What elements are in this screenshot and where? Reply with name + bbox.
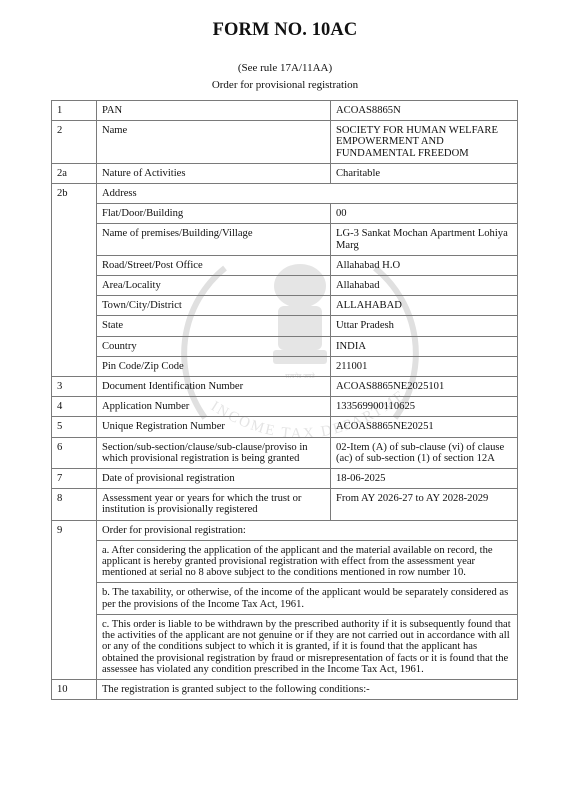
table-row: 2 Name SOCIETY FOR HUMAN WELFARE EMPOWER… <box>52 121 518 164</box>
field-value-name: SOCIETY FOR HUMAN WELFARE EMPOWERMENT AN… <box>330 121 517 164</box>
row-number: 9 <box>52 520 97 679</box>
table-row: Country INDIA <box>52 336 518 356</box>
field-label-date-of-registration: Date of provisional registration <box>96 469 330 489</box>
field-label-conditions: The registration is granted subject to t… <box>96 679 517 699</box>
row-number: 2a <box>52 163 97 183</box>
field-value-flat: 00 <box>330 204 517 224</box>
field-label-nature-of-activities: Nature of Activities <box>96 163 330 183</box>
table-row: 1 PAN ACOAS8865N <box>52 101 518 121</box>
row-number: 2 <box>52 121 97 164</box>
row-number: 3 <box>52 377 97 397</box>
table-row: c. This order is liable to be withdrawn … <box>52 614 518 679</box>
field-label-address: Address <box>96 184 517 204</box>
field-label-name: Name <box>96 121 330 164</box>
field-label-town: Town/City/District <box>96 296 330 316</box>
field-label-flat: Flat/Door/Building <box>96 204 330 224</box>
table-row: 2b Address <box>52 184 518 204</box>
form-rule-reference: (See rule 17A/11AA) <box>0 62 570 74</box>
field-label-pan: PAN <box>96 101 330 121</box>
row-number: 5 <box>52 417 97 437</box>
field-value-road: Allahabad H.O <box>330 255 517 275</box>
field-value-unique-registration-number: ACOAS8865NE20251 <box>330 417 517 437</box>
field-value-premises: LG-3 Sankat Mochan Apartment Lohiya Marg <box>330 224 517 255</box>
registration-details-table: 1 PAN ACOAS8865N 2 Name SOCIETY FOR HUMA… <box>51 100 518 700</box>
field-value-town: ALLAHABAD <box>330 296 517 316</box>
order-clause-c: c. This order is liable to be withdrawn … <box>96 614 517 679</box>
table-row: 4 Application Number 133569900110625 <box>52 397 518 417</box>
table-row: a. After considering the application of … <box>52 540 518 583</box>
table-row: 10 The registration is granted subject t… <box>52 679 518 699</box>
row-number: 6 <box>52 437 97 468</box>
field-value-pin: 211001 <box>330 356 517 376</box>
table-row: 3 Document Identification Number ACOAS88… <box>52 377 518 397</box>
order-clause-b: b. The taxability, or otherwise, of the … <box>96 583 517 614</box>
field-value-area: Allahabad <box>330 276 517 296</box>
field-value-section: 02-Item (A) of sub-clause (vi) of clause… <box>330 437 517 468</box>
field-label-pin: Pin Code/Zip Code <box>96 356 330 376</box>
field-label-premises: Name of premises/Building/Village <box>96 224 330 255</box>
field-value-nature-of-activities: Charitable <box>330 163 517 183</box>
field-value-document-identification-number: ACOAS8865NE2025101 <box>330 377 517 397</box>
table-row: 6 Section/sub-section/clause/sub-clause/… <box>52 437 518 468</box>
table-row: 2a Nature of Activities Charitable <box>52 163 518 183</box>
field-label-document-identification-number: Document Identification Number <box>96 377 330 397</box>
form-subtitle: Order for provisional registration <box>0 79 570 91</box>
table-row: 5 Unique Registration Number ACOAS8865NE… <box>52 417 518 437</box>
field-label-state: State <box>96 316 330 336</box>
field-label-road: Road/Street/Post Office <box>96 255 330 275</box>
form-title: FORM NO. 10AC <box>0 20 570 41</box>
order-clause-a: a. After considering the application of … <box>96 540 517 583</box>
table-row: Road/Street/Post Office Allahabad H.O <box>52 255 518 275</box>
table-row: State Uttar Pradesh <box>52 316 518 336</box>
field-value-pan: ACOAS8865N <box>330 101 517 121</box>
field-value-assessment-years: From AY 2026-27 to AY 2028-2029 <box>330 489 517 520</box>
field-value-country: INDIA <box>330 336 517 356</box>
table-row: 7 Date of provisional registration 18-06… <box>52 469 518 489</box>
row-number: 2b <box>52 184 97 377</box>
field-label-order: Order for provisional registration: <box>96 520 517 540</box>
table-row: 8 Assessment year or years for which the… <box>52 489 518 520</box>
table-row: Pin Code/Zip Code 211001 <box>52 356 518 376</box>
table-row: Town/City/District ALLAHABAD <box>52 296 518 316</box>
table-row: b. The taxability, or otherwise, of the … <box>52 583 518 614</box>
row-number: 1 <box>52 101 97 121</box>
row-number: 4 <box>52 397 97 417</box>
field-label-area: Area/Locality <box>96 276 330 296</box>
field-value-state: Uttar Pradesh <box>330 316 517 336</box>
field-label-section: Section/sub-section/clause/sub-clause/pr… <box>96 437 330 468</box>
table-row: Flat/Door/Building 00 <box>52 204 518 224</box>
field-label-assessment-years: Assessment year or years for which the t… <box>96 489 330 520</box>
field-label-unique-registration-number: Unique Registration Number <box>96 417 330 437</box>
row-number: 8 <box>52 489 97 520</box>
table-row: Area/Locality Allahabad <box>52 276 518 296</box>
field-label-application-number: Application Number <box>96 397 330 417</box>
row-number: 10 <box>52 679 97 699</box>
table-row: 9 Order for provisional registration: <box>52 520 518 540</box>
table-row: Name of premises/Building/Village LG-3 S… <box>52 224 518 255</box>
field-value-application-number: 133569900110625 <box>330 397 517 417</box>
field-label-country: Country <box>96 336 330 356</box>
row-number: 7 <box>52 469 97 489</box>
field-value-date-of-registration: 18-06-2025 <box>330 469 517 489</box>
